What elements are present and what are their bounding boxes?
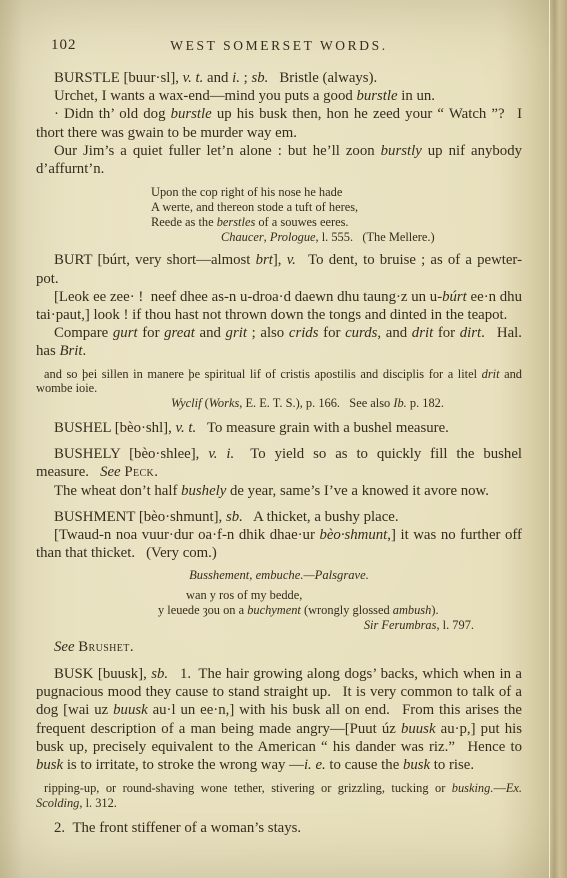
text-segment: grit	[226, 325, 247, 341]
text-segment: BURT [búrt, very short—almost	[54, 252, 256, 268]
text-segment: Wyclif	[171, 396, 202, 410]
text-segment: A werte, and thereon stode a tuft of her…	[151, 200, 358, 214]
bushment-example: [Twaud-n noa vuur·dur oa·f-n dhik dhae·u…	[36, 526, 522, 562]
text-segment: Compare	[54, 325, 113, 341]
text-segment: burstle	[356, 88, 397, 104]
bushely-example: The wheat don’t half bushely de year, sa…	[36, 482, 522, 500]
text-segment: Chaucer	[221, 230, 264, 244]
text-segment: Brushet	[78, 639, 130, 655]
entry-burt: BURT [búrt, very short—almost brt], v. T…	[36, 251, 522, 287]
text-segment: , and	[377, 325, 411, 341]
chaucer-quote-line: Reede as the berstles of a souwes eeres.	[151, 215, 522, 230]
chaucer-quote: Upon the cop right of his nose he hadeA …	[36, 185, 522, 244]
page-body: BURSTLE [buur·sl], v. t. and i. ; sb. Br…	[36, 69, 522, 837]
text-segment: (	[202, 396, 209, 410]
wyclif-attribution-line: Wyclif (Works, E. E. T. S.), p. 166. See…	[171, 396, 522, 411]
text-segment: BUSK [buusk],	[54, 666, 151, 682]
entry-bushely: BUSHELY [bèo·shlee], v. i. To yield so a…	[36, 445, 522, 481]
text-segment: [Leok ee zee· ! neef dhee as-n u-droa·d …	[54, 289, 442, 305]
see-brushet: See Brushet.	[36, 638, 522, 656]
wyclif-attribution: Wyclif (Works, E. E. T. S.), p. 166. See…	[36, 396, 522, 411]
running-title: WEST SOMERSET WORDS.	[170, 38, 387, 54]
text-segment: To measure grain with a bushel measure.	[196, 420, 449, 436]
text-segment: [Twaud-n noa vuur·dur oa·f-n dhik dhae·u…	[54, 527, 319, 543]
entry-bushment: BUSHMENT [bèo·shmunt], sb. A thicket, a …	[36, 508, 522, 526]
palsgrave-line: Busshement, embuche.—Palsgrave.	[36, 568, 522, 583]
text-segment: Reede as the	[151, 215, 217, 229]
text-segment: Works	[209, 396, 240, 410]
text-segment: bushely	[181, 483, 226, 499]
text-segment: búrt	[442, 289, 467, 305]
text-segment: v. i.	[208, 446, 234, 462]
text-segment: BUSHEL [bèo·shl],	[54, 420, 176, 436]
text-segment: See	[100, 464, 121, 480]
text-segment: drit	[482, 367, 500, 381]
text-segment: , l. 797.	[436, 618, 474, 632]
text-segment: Brit	[59, 343, 82, 359]
text-segment: to rise.	[430, 757, 474, 773]
entry-burstle: BURSTLE [buur·sl], v. t. and i. ; sb. Br…	[36, 69, 522, 87]
text-segment: , l. 555. (The Mellere.)	[316, 230, 435, 244]
text-segment: · Didn th’ old dog	[54, 106, 171, 122]
text-segment: and so þei sillen in manere þe spiritual…	[44, 367, 482, 381]
text-segment: The wheat don’t half	[54, 483, 181, 499]
text-segment: curds	[345, 325, 377, 341]
text-segment: v. t.	[176, 420, 197, 436]
text-segment: crids	[289, 325, 319, 341]
text-segment: busk	[403, 757, 430, 773]
page-header: 102 WEST SOMERSET WORDS.	[36, 36, 522, 56]
text-segment: 2. The front stiffener of a woman’s stay…	[54, 820, 301, 836]
text-segment: for	[138, 325, 165, 341]
text-segment: for	[318, 325, 345, 341]
text-segment: is to irritate, to stroke the wrong way …	[63, 757, 304, 773]
text-segment: See	[54, 639, 75, 655]
text-segment: v.	[287, 252, 296, 268]
text-segment: busking.	[452, 781, 494, 795]
text-segment: BURSTLE [buur·sl],	[54, 70, 183, 86]
text-segment: berstles	[217, 215, 256, 229]
text-segment: Prologue	[270, 230, 316, 244]
text-segment: of a souwes eeres.	[255, 215, 348, 229]
ferumbras-quote-line: wan y ros of my bedde,	[186, 588, 522, 603]
burstle-example-3: Our Jim’s a quiet fuller let’n alone : b…	[36, 142, 522, 178]
text-segment: sb.	[151, 666, 168, 682]
text-column: 102 WEST SOMERSET WORDS. BURSTLE [buur·s…	[36, 36, 522, 837]
text-segment: —	[493, 781, 505, 795]
burstle-example-2: · Didn th’ old dog burstle up his busk t…	[36, 105, 522, 141]
text-segment: in un.	[398, 88, 435, 104]
chaucer-quote-line: Upon the cop right of his nose he hade	[151, 185, 522, 200]
text-segment: ripping-up, or round-shaving wone tether…	[44, 781, 452, 795]
text-segment: y leuede ȝou on a	[158, 603, 247, 617]
text-segment: A thicket, a bushy place.	[243, 509, 399, 525]
text-segment: Our Jim’s a quiet fuller let’n alone : b…	[54, 143, 381, 159]
burt-example: [Leok ee zee· ! neef dhee as-n u-droa·d …	[36, 288, 522, 324]
text-segment: sb.	[226, 509, 243, 525]
text-segment: busk	[36, 757, 63, 773]
text-segment: Busshement, embuche.—Palsgrave.	[189, 568, 369, 582]
text-segment: , E. E. T. S.), p. 166. See also	[239, 396, 393, 410]
text-segment: Sir Ferumbras	[364, 618, 437, 632]
ferumbras-quote: wan y ros of my bedde,y leuede ȝou on a …	[36, 588, 522, 632]
book-page: 102 WEST SOMERSET WORDS. BURSTLE [buur·s…	[0, 0, 567, 878]
text-segment: buusk	[113, 702, 148, 718]
text-segment: BUSHMENT [bèo·shmunt],	[54, 509, 226, 525]
text-segment: ).	[431, 603, 438, 617]
text-segment: Bristle (always).	[268, 70, 377, 86]
burstle-example-1: Urchet, I wants a wax-end—mind you puts …	[36, 87, 522, 105]
busk-sense-2: 2. The front stiffener of a woman’s stay…	[36, 819, 522, 837]
text-segment: burstly	[381, 143, 422, 159]
text-segment: drit	[412, 325, 433, 341]
page-right-edge	[549, 0, 567, 878]
text-segment: for	[433, 325, 460, 341]
text-segment: and	[203, 70, 232, 86]
text-segment: buusk	[401, 721, 436, 737]
text-segment: .	[82, 343, 86, 359]
text-segment: buchyment	[247, 603, 301, 617]
entry-busk: BUSK [buusk], sb. 1. The hair growing al…	[36, 665, 522, 774]
ferumbras-quote-line: y leuede ȝou on a buchyment (wrongly glo…	[158, 603, 522, 618]
text-segment: great	[164, 325, 195, 341]
busking-quote: ripping-up, or round-shaving wone tether…	[36, 781, 522, 811]
entry-bushel: BUSHEL [bèo·shl], v. t. To measure grain…	[36, 419, 522, 437]
text-segment: Urchet, I wants a wax-end—mind you puts …	[54, 88, 356, 104]
chaucer-quote-line: A werte, and thereon stode a tuft of her…	[151, 200, 522, 215]
text-segment: de year, same’s I’ve a knowed it avore n…	[226, 483, 489, 499]
text-segment: .	[154, 464, 158, 480]
text-segment: (wrongly glossed	[301, 603, 393, 617]
text-segment: sb.	[251, 70, 268, 86]
text-segment: ambush	[393, 603, 432, 617]
text-segment: gurt	[113, 325, 138, 341]
text-segment: bèo·shmunt	[319, 527, 387, 543]
text-segment: brt	[256, 252, 273, 268]
text-segment: Ib.	[393, 396, 406, 410]
text-segment: i. e.	[304, 757, 326, 773]
text-segment: ; also	[247, 325, 289, 341]
text-segment: ],	[273, 252, 287, 268]
text-segment: Upon the cop right of his nose he hade	[151, 185, 342, 199]
text-segment: wan y ros of my bedde,	[186, 588, 302, 602]
text-segment: burstle	[171, 106, 212, 122]
text-segment: BUSHELY [bèo·shlee],	[54, 446, 208, 462]
text-segment: p. 182.	[407, 396, 444, 410]
text-segment: and	[195, 325, 226, 341]
page-number: 102	[51, 37, 77, 54]
text-segment: i.	[232, 70, 240, 86]
text-segment: , l. 312.	[79, 796, 117, 810]
text-segment: v. t.	[183, 70, 204, 86]
text-segment: to cause the	[326, 757, 403, 773]
text-segment: Peck	[124, 464, 154, 480]
ferumbras-quote-line: Sir Ferumbras, l. 797.	[36, 618, 474, 633]
text-segment: .	[130, 639, 134, 655]
chaucer-quote-line: Chaucer, Prologue, l. 555. (The Mellere.…	[221, 230, 522, 245]
text-segment: ;	[240, 70, 252, 86]
text-segment: dirt	[460, 325, 481, 341]
burt-compare: Compare gurt for great and grit ; also c…	[36, 324, 522, 360]
wyclif-quote: and so þei sillen in manere þe spiritual…	[36, 367, 522, 397]
